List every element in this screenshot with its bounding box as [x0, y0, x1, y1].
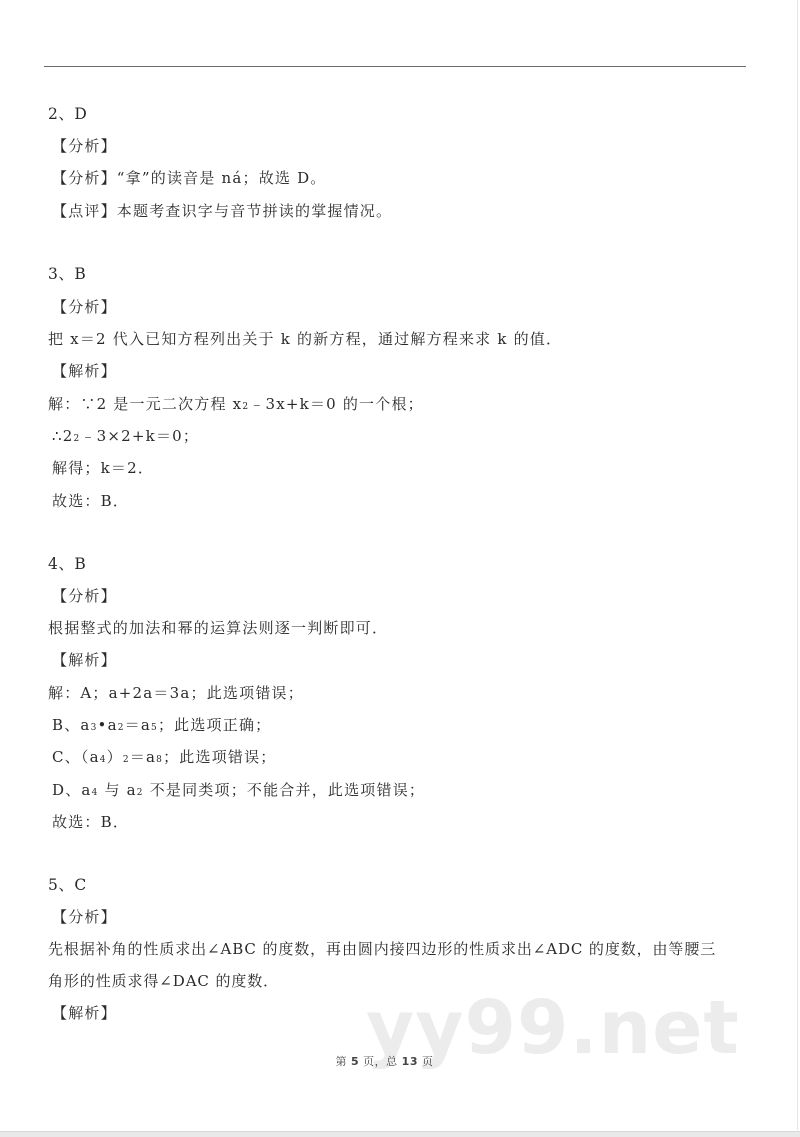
answer-3-analysis-heading: 【分析】 [52, 297, 117, 317]
answer-2-number: 2、D [48, 104, 87, 124]
answer-5-solution-heading: 【解析】 [52, 1003, 117, 1023]
answer-5-analysis-text-1: 先根据补角的性质求出∠ABC 的度数，再由圆内接四边形的性质求出∠ADC 的度数… [48, 939, 716, 959]
answer-4-option-d: D、a4 与 a2 不是同类项；不能合并，此选项错误； [52, 780, 425, 803]
document-page: 2、D 【分析】 【分析】“拿”的读音是 ná；故选 D。 【点评】本题考查识字… [0, 0, 798, 1130]
answer-3-solution-heading: 【解析】 [52, 361, 117, 381]
answer-4-conclusion: 故选：B． [52, 812, 129, 832]
answer-3-solution-line-2: ∴22﹣3×2+k＝0； [52, 426, 199, 449]
answer-2-comment: 【点评】本题考查识字与音节拼读的掌握情况。 [52, 201, 392, 221]
answer-4-analysis-heading: 【分析】 [52, 586, 117, 606]
answer-3-conclusion: 故选：B． [52, 491, 129, 511]
answer-3-number: 3、B [48, 264, 86, 284]
answer-4-analysis-text: 根据整式的加法和幂的运算法则逐一判断即可． [48, 618, 388, 638]
answer-3-solution-line-3: 解得；k＝2． [52, 458, 154, 478]
answer-4-number: 4、B [48, 554, 86, 574]
answer-4-solution-heading: 【解析】 [52, 650, 117, 670]
header-rule [44, 66, 746, 67]
answer-3-analysis-text: 把 x＝2 代入已知方程列出关于 k 的新方程，通过解方程来求 k 的值． [48, 329, 562, 349]
answer-4-option-c: C、（a4）2＝a8；此选项错误； [52, 747, 277, 770]
answer-2-analysis-text: 【分析】“拿”的读音是 ná；故选 D。 [52, 168, 327, 188]
answer-2-analysis-heading: 【分析】 [52, 136, 117, 156]
answer-4-option-b: B、a3•a2＝a5；此选项正确； [52, 715, 271, 738]
answer-4-option-a: 解：A；a+2a＝3a；此选项错误； [48, 683, 304, 703]
answer-5-number: 5、C [48, 875, 87, 895]
answer-5-analysis-heading: 【分析】 [52, 907, 117, 927]
page-footer: 第 5 页，总 13 页 [0, 1053, 783, 1069]
viewer-bottom-edge [0, 1131, 800, 1137]
answer-5-analysis-text-2: 角形的性质求得∠DAC 的度数． [48, 971, 279, 991]
answer-3-solution-line-1: 解：∵2 是一元二次方程 x2﹣3x+k＝0 的一个根； [48, 394, 424, 417]
